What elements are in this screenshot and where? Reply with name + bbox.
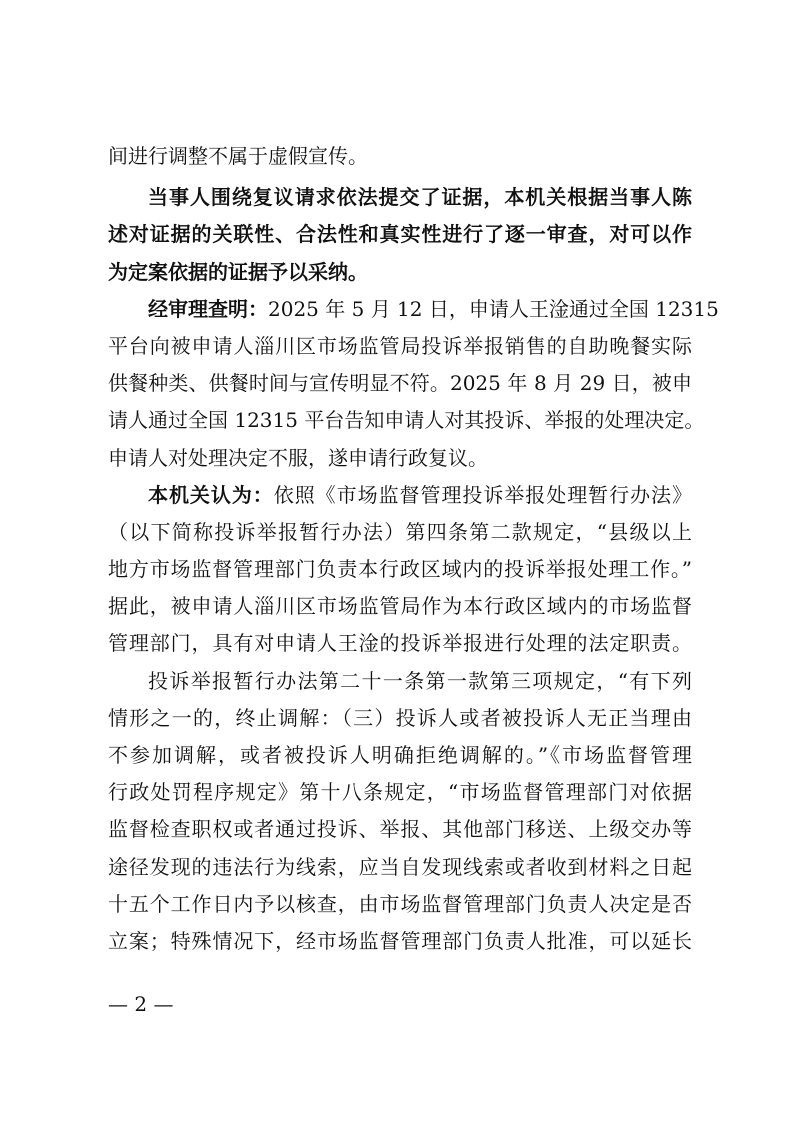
text-line: 平台向被申请人淄川区市场监管局投诉举报销售的自助晚餐实际 bbox=[108, 328, 692, 365]
text-line: 行政处罚程序规定》第十八条规定，“市场监督管理部门对依据 bbox=[108, 774, 692, 811]
text-line: 不参加调解，或者被投诉人明确拒绝调解的。”《市场监督管理 bbox=[108, 737, 692, 774]
text-line: 本机关认为：依照《市场监督管理投诉举报处理暂行办法》 bbox=[108, 477, 692, 514]
text-line: 地方市场监督管理部门负责本行政区域内的投诉举报处理工作。” bbox=[108, 551, 692, 588]
text-line: 间进行调整不属于虚假宣传。 bbox=[108, 138, 692, 175]
text-span: 2025 年 5 月 12 日，申请人王淦通过全国 12315 bbox=[268, 297, 719, 321]
text-line: 为定案依据的证据予以采纳。 bbox=[108, 254, 692, 291]
text-line: 十五个工作日内予以核查，由市场监督管理部门负责人决定是否 bbox=[108, 886, 692, 923]
text-line: 请人通过全国 12315 平台告知申请人对其投诉、举报的处理决定。 bbox=[108, 402, 692, 439]
text-line: 情形之一的，终止调解：（三）投诉人或者被投诉人无正当理由 bbox=[108, 700, 692, 737]
paragraph-lead: 本机关认为： bbox=[148, 483, 274, 507]
text-line: 当事人围绕复议请求依法提交了证据，本机关根据当事人陈 bbox=[108, 179, 692, 216]
text-line: 监督检查职权或者通过投诉、举报、其他部门移送、上级交办等 bbox=[108, 811, 692, 848]
text-line: 述对证据的关联性、合法性和真实性进行了逐一审查，对可以作 bbox=[108, 216, 692, 253]
text-line: （以下简称投诉举报暂行办法）第四条第二款规定，“县级以上 bbox=[108, 514, 692, 551]
text-line: 管理部门，具有对申请人王淦的投诉举报进行处理的法定职责。 bbox=[108, 625, 692, 662]
text-line: 经审理查明：2025 年 5 月 12 日，申请人王淦通过全国 12315 bbox=[108, 291, 692, 328]
paragraph-lead: 经审理查明： bbox=[148, 297, 268, 321]
text-line: 途径发现的违法行为线索，应当自发现线索或者收到材料之日起 bbox=[108, 849, 692, 886]
document-page: 间进行调整不属于虚假宣传。 当事人围绕复议请求依法提交了证据，本机关根据当事人陈… bbox=[108, 138, 692, 960]
text-line: 据此，被申请人淄川区市场监管局作为本行政区域内的市场监督 bbox=[108, 588, 692, 625]
page-number: — 2 — bbox=[108, 992, 173, 1016]
text-line: 投诉举报暂行办法第二十一条第一款第三项规定，“有下列 bbox=[108, 663, 692, 700]
text-line: 立案；特殊情况下，经市场监督管理部门负责人批准，可以延长 bbox=[108, 923, 692, 960]
text-line: 申请人对处理决定不服，遂申请行政复议。 bbox=[108, 440, 692, 477]
text-line: 供餐种类、供餐时间与宣传明显不符。2025 年 8 月 29 日，被申 bbox=[108, 365, 692, 402]
text-span: 依照《市场监督管理投诉举报处理暂行办法》 bbox=[274, 483, 692, 507]
